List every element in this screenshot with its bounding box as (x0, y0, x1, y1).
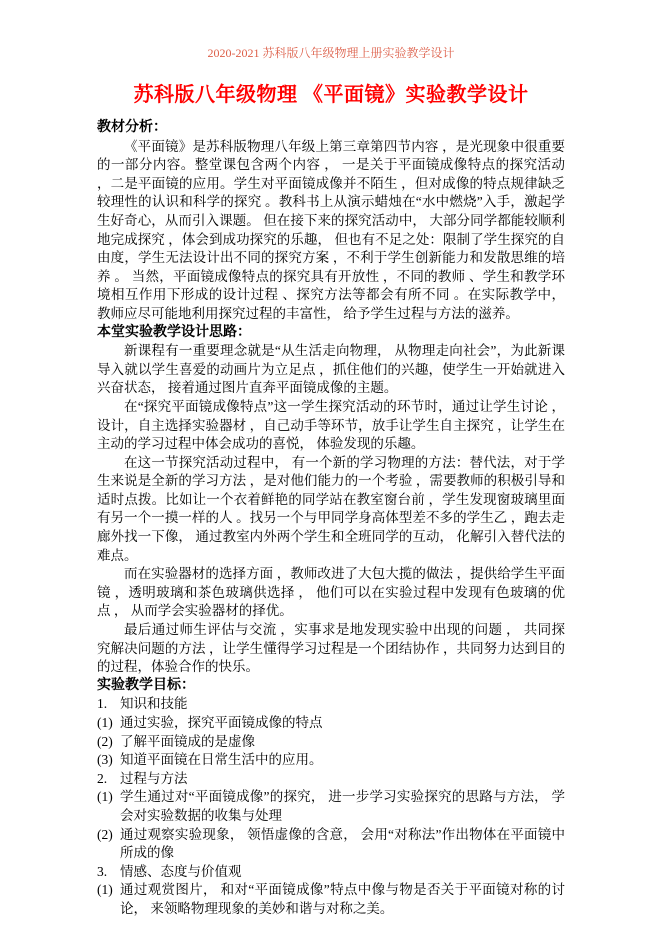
list-item-text: 知道平面镜在日常生活中的应用。 (120, 751, 565, 770)
list-item: 2. 过程与方法 (97, 770, 565, 789)
list-item: (1) 通过观赏图片， 和对“平面镜成像”特点中像与物是否关于平面镜对称的讨论，… (97, 881, 565, 918)
list-item-text: 知识和技能 (120, 695, 565, 714)
list-item: (2) 通过观察实验现象， 领悟虚像的含意， 会用“对称法”作出物体在平面镜中所… (97, 826, 565, 863)
list-item-text: 通过实验，探究平面镜成像的特点 (120, 714, 565, 733)
list-marker: (3) (97, 751, 120, 770)
paragraph: 最后通过师生评估与交流 ，实事求是地发现实验中出现的问题 ， 共同探究解决问题的… (97, 621, 565, 677)
paragraph: 《平面镜》是苏科版物理八年级上第三章第四节内容 ，是光现象中很重要的一部分内容。… (97, 138, 565, 324)
list-marker: 1. (97, 695, 120, 714)
list-item-text: 学生通过对“平面镜成像”的探究， 进一步学习实验探究的思路与方法， 学会对实验数… (120, 788, 565, 825)
list-item: 3. 情感、态度与价值观 (97, 863, 565, 882)
doc-header: 2020-2021 苏科版八年级物理上册实验教学设计 (97, 46, 565, 60)
list-marker: 2. (97, 770, 120, 789)
doc-title: 苏科版八年级物理 《平面镜》实验教学设计 (97, 82, 565, 108)
list-item-text: 了解平面镜成的是虚像 (120, 733, 565, 752)
list-marker: (1) (97, 788, 120, 825)
list-marker: (2) (97, 826, 120, 863)
list-item: (1) 学生通过对“平面镜成像”的探究， 进一步学习实验探究的思路与方法， 学会… (97, 788, 565, 825)
document-page: 2020-2021 苏科版八年级物理上册实验教学设计 苏科版八年级物理 《平面镜… (0, 0, 661, 935)
section-heading-teaching-objectives: 实验教学目标： (97, 677, 565, 696)
section-heading-material-analysis: 教材分析： (97, 119, 565, 138)
list-item-text: 过程与方法 (120, 770, 565, 789)
paragraph: 在这一节探究活动过程中， 有一个新的学习物理的方法：替代法，对于学生来说是全新的… (97, 454, 565, 566)
list-marker: (1) (97, 881, 120, 918)
list-item: (2) 了解平面镜成的是虚像 (97, 733, 565, 752)
list-marker: (1) (97, 714, 120, 733)
list-item: (3) 知道平面镜在日常生活中的应用。 (97, 751, 565, 770)
list-item-text: 通过观察实验现象， 领悟虚像的含意， 会用“对称法”作出物体在平面镜中所成的像 (120, 826, 565, 863)
list-item-text: 情感、态度与价值观 (120, 863, 565, 882)
list-marker: (2) (97, 733, 120, 752)
objectives-list: 1. 知识和技能 (1) 通过实验，探究平面镜成像的特点 (2) 了解平面镜成的… (97, 695, 565, 918)
paragraph: 在“探究平面镜成像特点”这一学生探究活动的环节时，通过让学生讨论 ，设计，自主选… (97, 398, 565, 454)
list-item: 1. 知识和技能 (97, 695, 565, 714)
section-heading-design-ideas: 本堂实验教学设计思路： (97, 324, 565, 343)
paragraph: 新课程有一重要理念就是“从生活走向物理， 从物理走向社会”，为此新课导入就以学生… (97, 342, 565, 398)
paragraph: 而在实验器材的选择方面 ，教师改进了大包大揽的做法 ，提供给学生平面镜 ，透明玻… (97, 565, 565, 621)
list-item-text: 通过观赏图片， 和对“平面镜成像”特点中像与物是否关于平面镜对称的讨论， 来领略… (120, 881, 565, 918)
list-item: (1) 通过实验，探究平面镜成像的特点 (97, 714, 565, 733)
list-marker: 3. (97, 863, 120, 882)
